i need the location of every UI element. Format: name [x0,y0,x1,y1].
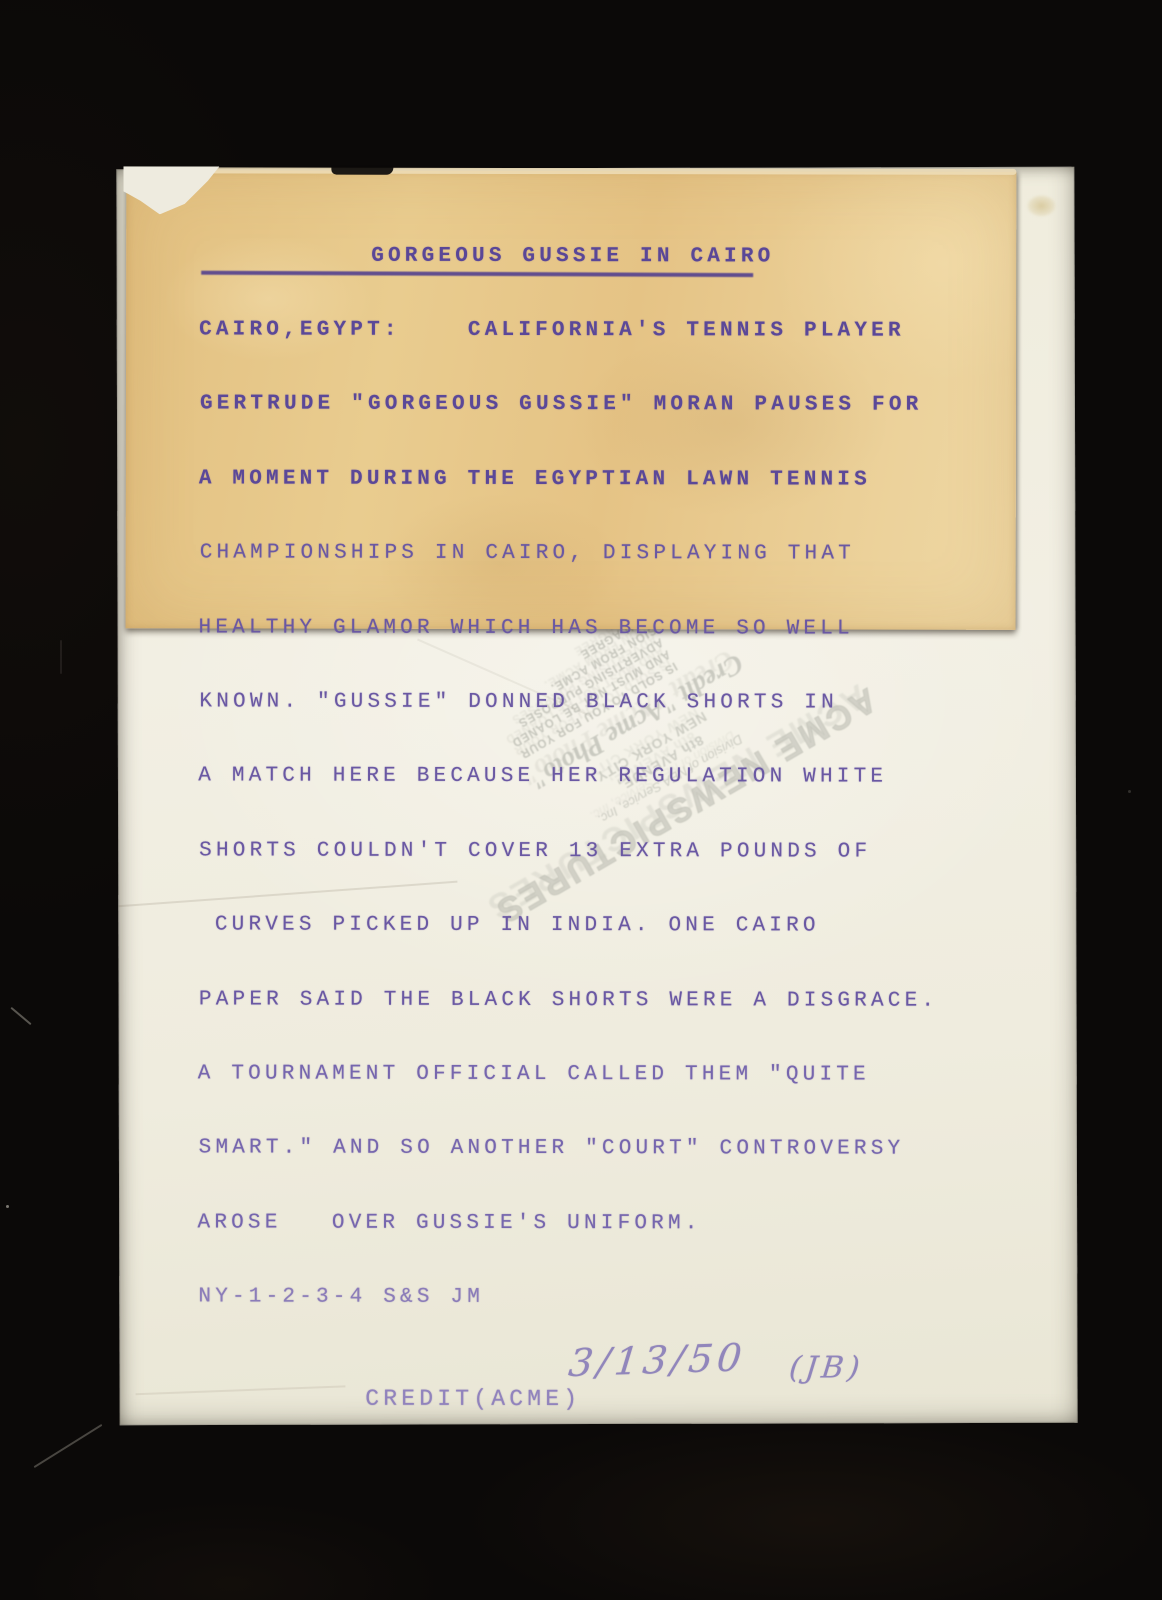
caption-line: CURVES PICKED UP IN INDIA. ONE CAIRO [198,914,1005,940]
handwritten-date: 3/13/50 [568,1346,747,1377]
caption-line: A MOMENT DURING THE EGYPTIAN LAWN TENNIS [199,467,1006,493]
dust-speck [1128,790,1131,793]
caption-line: A TOURNAMENT OFFICIAL CALLED THEM "QUITE [198,1062,1005,1088]
handwritten-initials: (JB) [788,1357,865,1382]
caption-line: HEALTHY GLAMOR WHICH HAS BECOME SO WELL [199,616,1006,642]
caption-line: PAPER SAID THE BLACK SHORTS WERE A DISGR… [199,988,1005,1014]
credit-acme-label: CREDIT(ACME) [365,1386,581,1412]
scratch-mark [10,1007,31,1025]
caption-slip: GORGEOUS GUSSIE IN CAIRO CAIRO,EGYPT: CA… [126,170,1017,630]
torn-edge-nick [331,166,393,175]
typed-caption: GORGEOUS GUSSIE IN CAIRO CAIRO,EGYPT: CA… [197,194,1006,1462]
scratch-mark [60,640,62,674]
caption-footer: CREDIT(ACME) 3/13/50 (JB) [197,1362,1004,1413]
caption-line: CHAMPIONSHIPS IN CAIRO, DISPLAYING THAT [200,542,1006,568]
caption-line: AROSE OVER GUSSIE'S UNIFORM. [198,1211,1005,1237]
caption-serial: NY-1-2-3-4 S&S JM [198,1285,1004,1311]
scratch-mark [34,1424,103,1468]
press-photo-back-scan: ACME NEWSPICTURES Division of NEA Servic… [0,0,1162,1600]
caption-title: GORGEOUS GUSSIE IN CAIRO [371,244,1006,270]
paper-stain [1021,191,1061,221]
caption-line: KNOWN. "GUSSIE" DONNED BLACK SHORTS IN [199,690,1005,716]
caption-line: SMART." AND SO ANOTHER "COURT" CONTROVER… [199,1137,1005,1163]
caption-line: CAIRO,EGYPT: CALIFORNIA'S TENNIS PLAYER [199,318,1006,344]
caption-line: GERTRUDE "GORGEOUS GUSSIE" MORAN PAUSES … [200,393,1006,419]
caption-line: SHORTS COULDN'T COVER 13 EXTRA POUNDS OF [199,839,1005,865]
dust-speck [6,1205,9,1208]
photo-paper: ACME NEWSPICTURES Division of NEA Servic… [116,167,1077,1426]
caption-line: A MATCH HERE BECAUSE HER REGULATION WHIT… [198,765,1005,791]
